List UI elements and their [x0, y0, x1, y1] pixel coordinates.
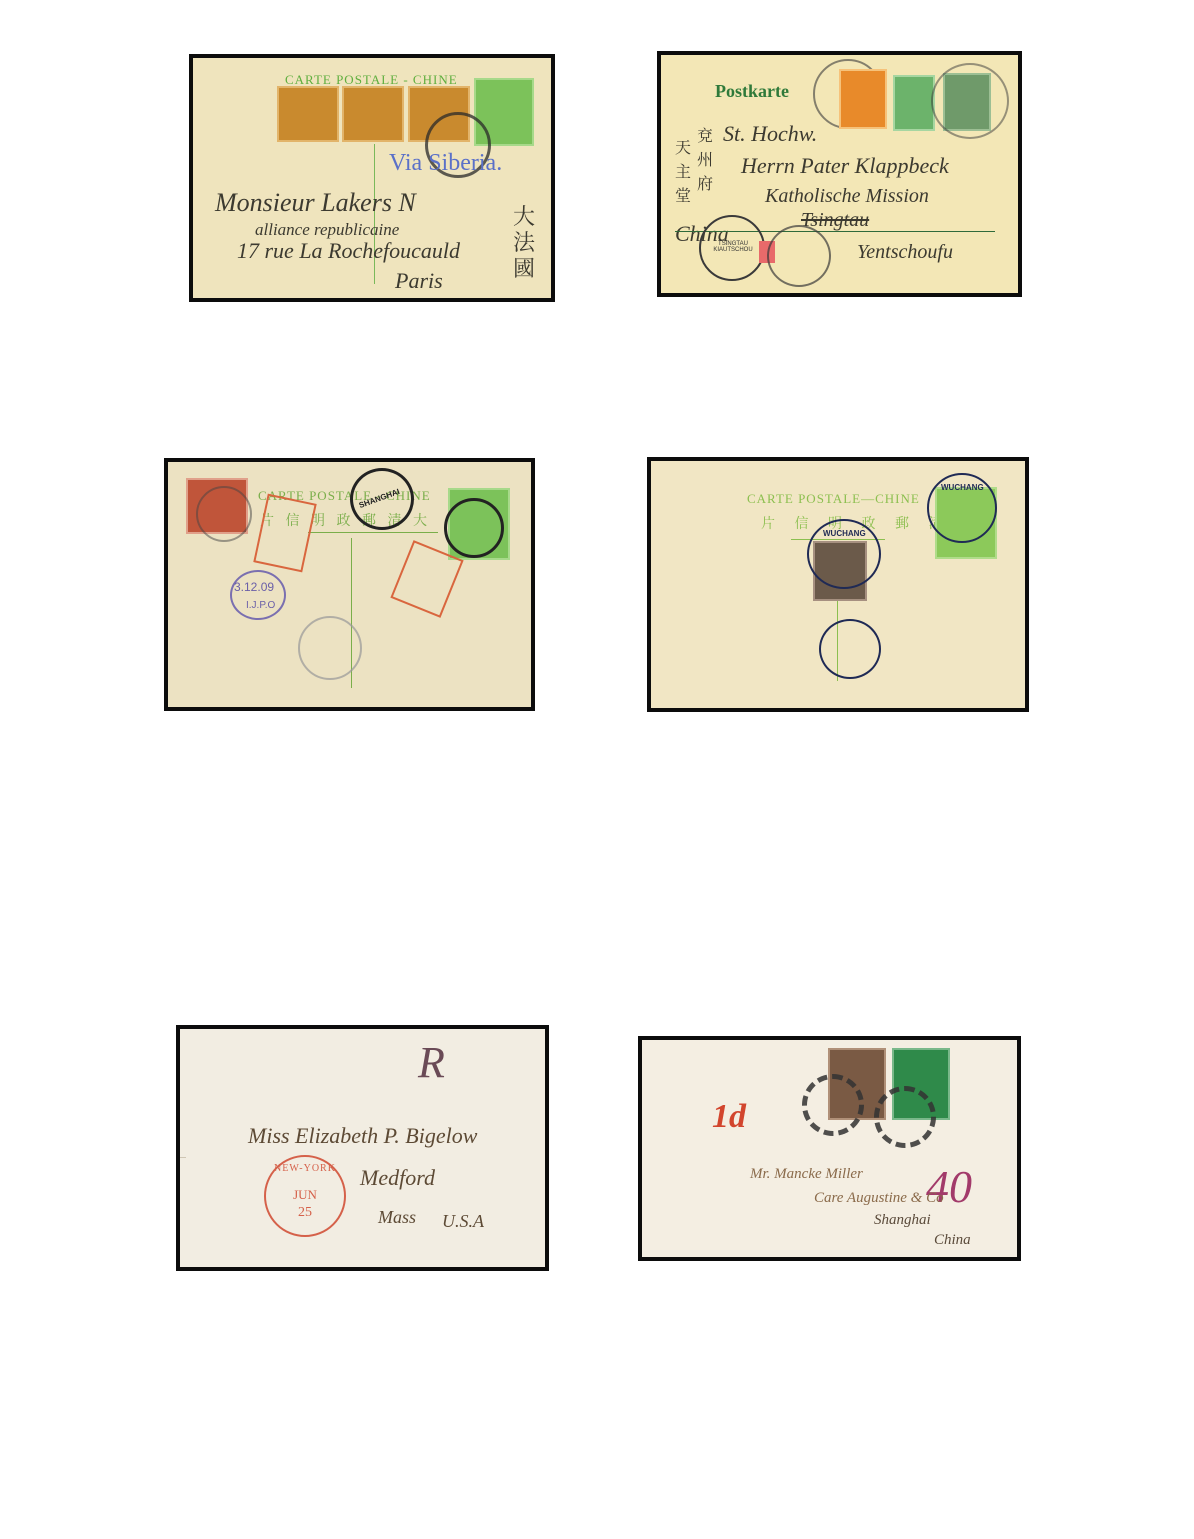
- address-line: Shanghai: [874, 1212, 931, 1229]
- postmark-text: WUCHANG: [823, 529, 866, 538]
- address-line: Paris: [395, 268, 443, 294]
- postmark: [196, 486, 252, 542]
- card-header: CARTE POSTALE—CHINE: [747, 491, 920, 507]
- address-line: alliance republicaine: [255, 220, 399, 240]
- card-header: Postkarte: [715, 81, 789, 102]
- address-line: Monsieur Lakers N: [215, 188, 416, 218]
- chinese-note: 天: [675, 135, 691, 158]
- chinese-note: 州: [697, 147, 713, 170]
- postmark: [298, 616, 362, 680]
- jpo-date: 3.12.09: [234, 580, 274, 594]
- item-card-wuchang: CARTE POSTALE—CHINE 大 清 郵 政 明 信 片 WUCHAN…: [647, 457, 1029, 712]
- item-card-shanghai: CARTE POSTALE - CHINE 大 清 郵 政 明 信 片 SHAN…: [164, 458, 535, 711]
- address-line: Mass: [378, 1207, 416, 1228]
- address-line: Yentschoufu: [857, 241, 953, 264]
- fold-line: [180, 1157, 186, 1158]
- postmark-day: 25: [266, 1205, 344, 1221]
- item-card-postkarte-tsingtau: Postkarte St. Hochw. Herrn Pater Klappbe…: [657, 51, 1022, 297]
- chinese-note: 主: [675, 159, 691, 182]
- postmark-text: WUCHANG: [941, 483, 984, 492]
- stamp: [277, 86, 339, 142]
- address-line: Miss Elizabeth P. Bigelow: [248, 1123, 477, 1149]
- address-line: Katholische Mission: [765, 185, 929, 208]
- stamp: [893, 75, 935, 131]
- chinese-note: 堂: [675, 183, 691, 206]
- postmark: [767, 225, 831, 287]
- chinese-note: 府: [697, 171, 713, 194]
- address-line: Herrn Pater Klappbeck: [741, 153, 949, 179]
- cancel: [802, 1074, 864, 1136]
- postmark-text: TSINGTAU KIAUTSCHOU: [705, 241, 761, 253]
- jpo-postmark: [230, 570, 286, 620]
- stamp: [342, 86, 404, 142]
- postmark-city: NEW-YORK: [266, 1163, 344, 1174]
- postmark-month: JUN: [266, 1187, 344, 1203]
- postmark: [931, 63, 1009, 139]
- postmark: [444, 498, 504, 558]
- stamp: [839, 69, 887, 129]
- address-line: 17 rue La Rochefoucauld: [237, 238, 460, 264]
- address-line: Care Augustine & Co: [814, 1190, 944, 1207]
- cancel: [874, 1086, 936, 1148]
- address-line: Mr. Mancke Miller: [750, 1166, 863, 1183]
- divider-line: [308, 532, 438, 533]
- rate-mark: R: [418, 1037, 445, 1088]
- item-card-via-siberia: CARTE POSTALE - CHINE Via Siberia. Monsi…: [189, 54, 555, 302]
- red-chop: [253, 494, 316, 573]
- item-cover-new-york: R Miss Elizabeth P. Bigelow Medford Mass…: [176, 1025, 549, 1271]
- chinese-note: 兗: [697, 123, 713, 146]
- via-siberia-cachet: Via Siberia.: [389, 150, 502, 177]
- address-line: U.S.A: [442, 1211, 484, 1232]
- chinese-note: 國: [513, 252, 535, 283]
- address-line: St. Hochw.: [723, 121, 817, 147]
- chinese-postmark: [819, 619, 881, 679]
- jpo-office: I.J.P.O: [246, 600, 275, 611]
- rate-mark: 1d: [712, 1098, 746, 1136]
- address-line: Medford: [360, 1165, 435, 1191]
- item-cover-shanghai-china: 1d 40 Mr. Mancke Miller Care Augustine &…: [638, 1036, 1021, 1261]
- address-line: China: [934, 1232, 971, 1249]
